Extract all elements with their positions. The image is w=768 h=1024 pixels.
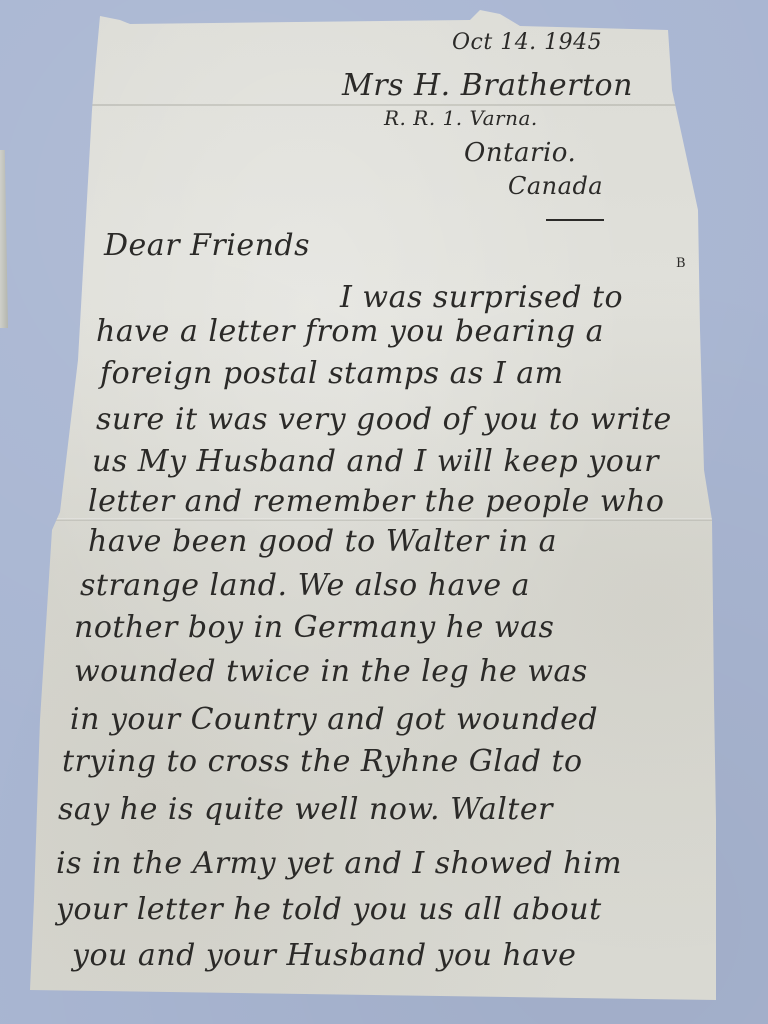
sender-country: Canada	[508, 172, 603, 200]
sender-province: Ontario.	[464, 138, 576, 168]
sender-name: Mrs H. Bratherton	[342, 68, 633, 103]
letter-line: have a letter from you bearing a	[96, 314, 604, 349]
letter-line: trying to cross the Ryhne Glad to	[62, 744, 583, 779]
letter-line: in your Country and got wounded	[70, 702, 598, 737]
letter-line: you and your Husband you have	[72, 938, 576, 973]
letter-line: is in the Army yet and I showed him	[56, 846, 622, 881]
salutation: Dear Friends	[104, 228, 310, 263]
letter-line: your letter he told you us all about	[56, 892, 602, 927]
letter-line: have been good to Walter in a	[88, 524, 557, 559]
letter-line: wounded twice in the leg he was	[74, 654, 588, 689]
page-mark: B	[676, 256, 686, 271]
letter-line: letter and remember the people who	[88, 484, 664, 519]
letter-line: nother boy in Germany he was	[74, 610, 554, 645]
letter-line: us My Husband and I will keep your	[92, 444, 659, 479]
adjacent-paper-scrap	[0, 150, 8, 328]
letter-line: strange land. We also have a	[80, 568, 530, 603]
letter-line: foreign postal stamps as I am	[100, 356, 564, 391]
sender-route: R. R. 1. Varna.	[384, 106, 538, 130]
letter-line: say he is quite well now. Walter	[58, 792, 553, 827]
letter-date: Oct 14. 1945	[452, 30, 602, 55]
letter-line: sure it was very good of you to write	[96, 402, 672, 437]
letter-line: I was surprised to	[340, 280, 623, 315]
letter-sheet: Oct 14. 1945 Mrs H. Bratherton R. R. 1. …	[0, 0, 768, 1024]
address-underline	[546, 219, 604, 221]
